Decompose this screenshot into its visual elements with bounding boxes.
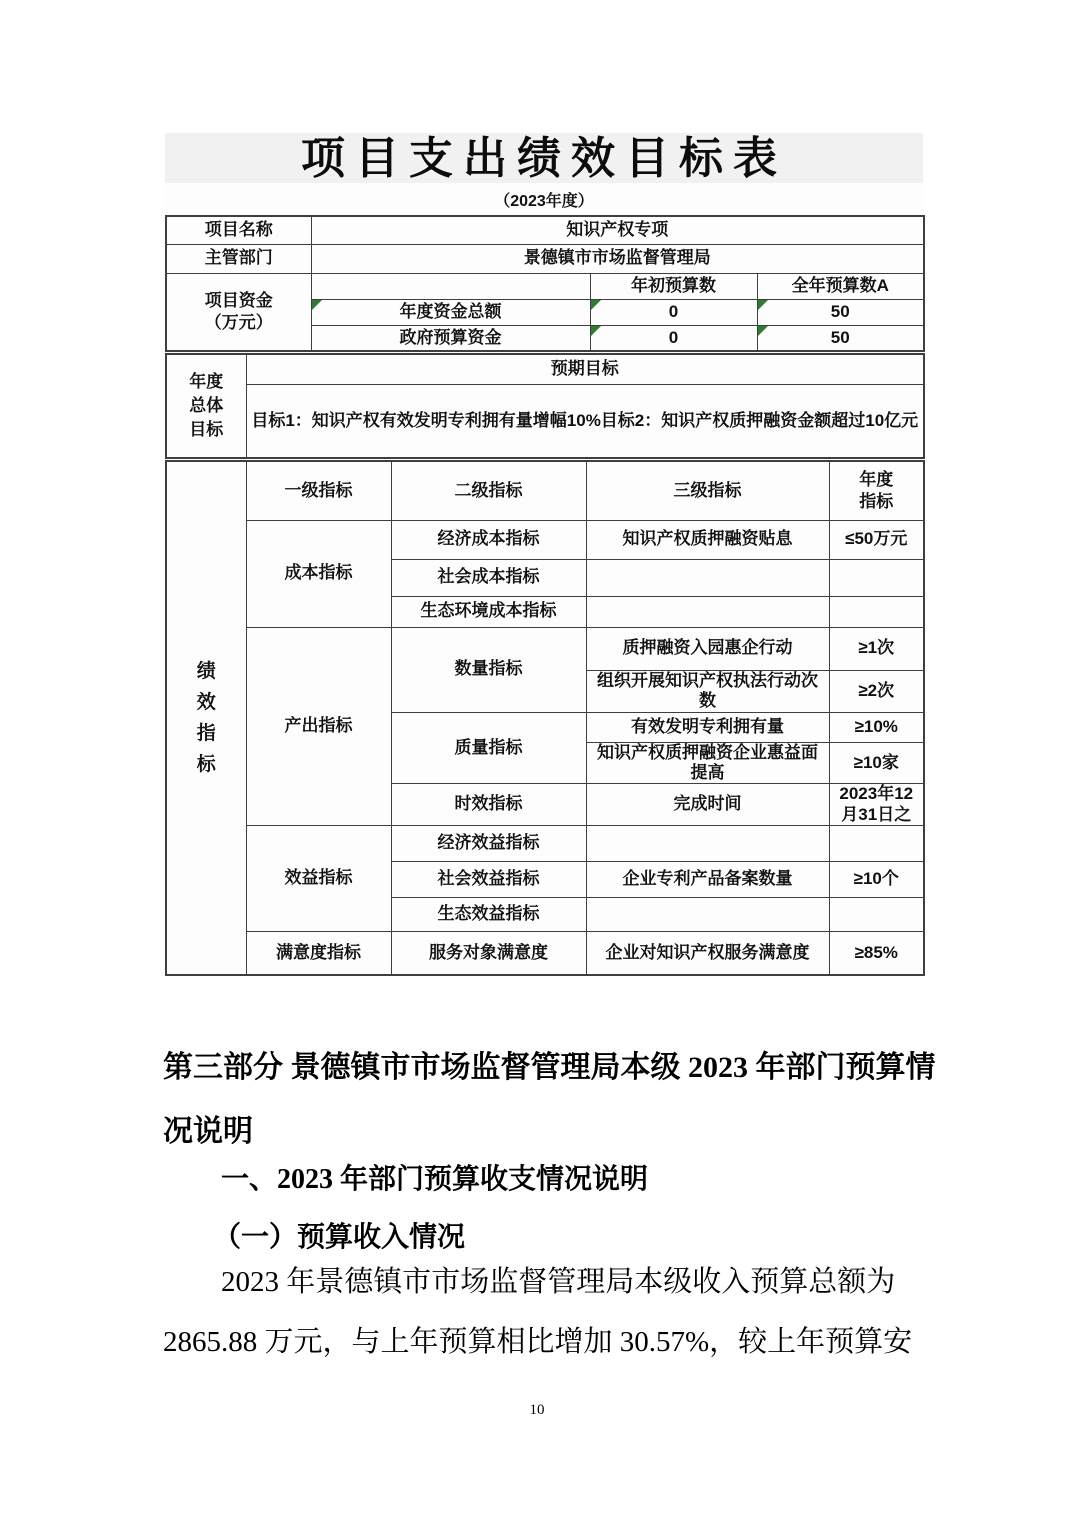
- indicator-target-cell: ≥2次: [829, 670, 924, 712]
- indicator-level3-cell: 完成时间: [586, 784, 829, 826]
- part3-heading-line: 第三部分 景德镇市市场监督管理局本级 2023 年部门预算情: [163, 1036, 948, 1100]
- indicator-target-cell: [829, 826, 924, 862]
- indicators-table: 绩效指标 一级指标 二级指标 三级指标 年度指标 成本指标 经济成本指标 知识产…: [165, 460, 925, 976]
- comment-flag-icon: [312, 300, 322, 310]
- indicator-target-cell: ≥10%: [829, 712, 924, 742]
- indicator-level3-cell: 知识产权质押融资贴息: [586, 520, 829, 559]
- indicator-level3-cell: 质押融资入园惠企行动: [586, 627, 829, 670]
- indicator-target-cell: ≥1次: [829, 627, 924, 670]
- department-label: 主管部门: [166, 244, 311, 273]
- indicator-level1-cell: 成本指标: [246, 520, 391, 627]
- indicator-level3-cell: [586, 596, 829, 627]
- indicator-level2-cell: 数量指标: [391, 627, 586, 712]
- indicator-target-cell: 2023年12月31日之: [829, 784, 924, 826]
- indicator-target-cell: [829, 596, 924, 627]
- level1-header: 一级指标: [246, 461, 391, 520]
- document-page: 项目支出绩效目标表 （2023年度） 项目名称 知识产权专项 主管部门 景德镇市…: [0, 0, 1074, 1520]
- indicator-target-cell: ≥10个: [829, 862, 924, 898]
- indicator-level2-cell: 经济成本指标: [391, 520, 586, 559]
- indicator-level2-cell: 时效指标: [391, 784, 586, 826]
- level3-header: 三级指标: [586, 461, 829, 520]
- level2-header: 二级指标: [391, 461, 586, 520]
- indicator-level3-cell: 有效发明专利拥有量: [586, 712, 829, 742]
- indicator-target-cell: [829, 559, 924, 596]
- paragraph-line: 2023 年景德镇市市场监督管理局本级收入预算总额为: [163, 1252, 943, 1312]
- indicator-level3-cell: [586, 898, 829, 932]
- indicator-level2-cell: 社会成本指标: [391, 559, 586, 596]
- fund-row-label: 年度资金总额: [311, 299, 590, 325]
- comment-flag-icon: [758, 300, 768, 310]
- part3-heading-line: 况说明: [163, 1100, 948, 1164]
- annual-goal-label: 年度总体目标: [166, 354, 246, 458]
- fund-annual-value: 50: [757, 325, 924, 351]
- expected-goal-header: 预期目标: [246, 354, 924, 384]
- indicators-label: 绩效指标: [166, 461, 246, 975]
- part3-heading: 第三部分 景德镇市市场监督管理局本级 2023 年部门预算情 况说明: [163, 1036, 948, 1164]
- indicator-level2-cell: 社会效益指标: [391, 862, 586, 898]
- table-subtitle: （2023年度）: [165, 183, 923, 215]
- department-value: 景德镇市市场监督管理局: [311, 244, 924, 273]
- indicator-level2-cell: 经济效益指标: [391, 826, 586, 862]
- indicator-target-cell: [829, 898, 924, 932]
- funds-empty-cell: [311, 273, 590, 299]
- fund-initial-value: 0: [590, 299, 757, 325]
- indicator-target-cell: ≥85%: [829, 932, 924, 975]
- annual-goal-table: 年度总体目标 预期目标 目标1：知识产权有效发明专利拥有量增幅10%目标2：知识…: [165, 353, 925, 459]
- indicator-level3-cell: 企业专利产品备案数量: [586, 862, 829, 898]
- project-name-label: 项目名称: [166, 216, 311, 244]
- indicator-level2-cell: 服务对象满意度: [391, 932, 586, 975]
- comment-flag-icon: [591, 300, 601, 310]
- indicator-level2-cell: 生态环境成本指标: [391, 596, 586, 627]
- indicator-target-cell: ≥10家: [829, 742, 924, 784]
- indicator-level3-cell: 组织开展知识产权执法行动次数: [586, 670, 829, 712]
- indicator-level1-cell: 效益指标: [246, 826, 391, 932]
- table-title: 项目支出绩效目标表: [165, 133, 923, 183]
- indicator-target-cell: ≤50万元: [829, 520, 924, 559]
- expected-goal-text: 目标1：知识产权有效发明专利拥有量增幅10%目标2：知识产权质押融资金额超过10…: [246, 384, 924, 458]
- initial-budget-header: 年初预算数: [590, 273, 757, 299]
- indicator-level3-cell: [586, 559, 829, 596]
- performance-table-image: 项目支出绩效目标表 （2023年度） 项目名称 知识产权专项 主管部门 景德镇市…: [165, 133, 923, 976]
- fund-annual-value: 50: [757, 299, 924, 325]
- project-info-table: 项目名称 知识产权专项 主管部门 景德镇市市场监督管理局 项目资金（万元） 年初…: [165, 215, 925, 352]
- funds-label: 项目资金（万元）: [166, 273, 311, 351]
- comment-flag-icon: [758, 326, 768, 336]
- indicator-level3-cell: 企业对知识产权服务满意度: [586, 932, 829, 975]
- indicator-level2-cell: 生态效益指标: [391, 898, 586, 932]
- budget-paragraph: 2023 年景德镇市市场监督管理局本级收入预算总额为 2865.88 万元，与上…: [163, 1252, 943, 1372]
- fund-initial-value: 0: [590, 325, 757, 351]
- paragraph-line: 2865.88 万元，与上年预算相比增加 30.57%，较上年预算安: [163, 1312, 943, 1372]
- annual-target-header: 年度指标: [829, 461, 924, 520]
- comment-flag-icon: [591, 326, 601, 336]
- page-number: 10: [0, 1402, 1074, 1419]
- indicator-level1-cell: 产出指标: [246, 627, 391, 826]
- indicator-level3-cell: [586, 826, 829, 862]
- indicator-level3-cell: 知识产权质押融资企业惠益面提高: [586, 742, 829, 784]
- project-name-value: 知识产权专项: [311, 216, 924, 244]
- indicator-level2-cell: 质量指标: [391, 712, 586, 784]
- fund-row-label: 政府预算资金: [311, 325, 590, 351]
- indicator-level1-cell: 满意度指标: [246, 932, 391, 975]
- annual-budget-header: 全年预算数A: [757, 273, 924, 299]
- section-heading: 一、2023 年部门预算收支情况说明: [221, 1160, 648, 1200]
